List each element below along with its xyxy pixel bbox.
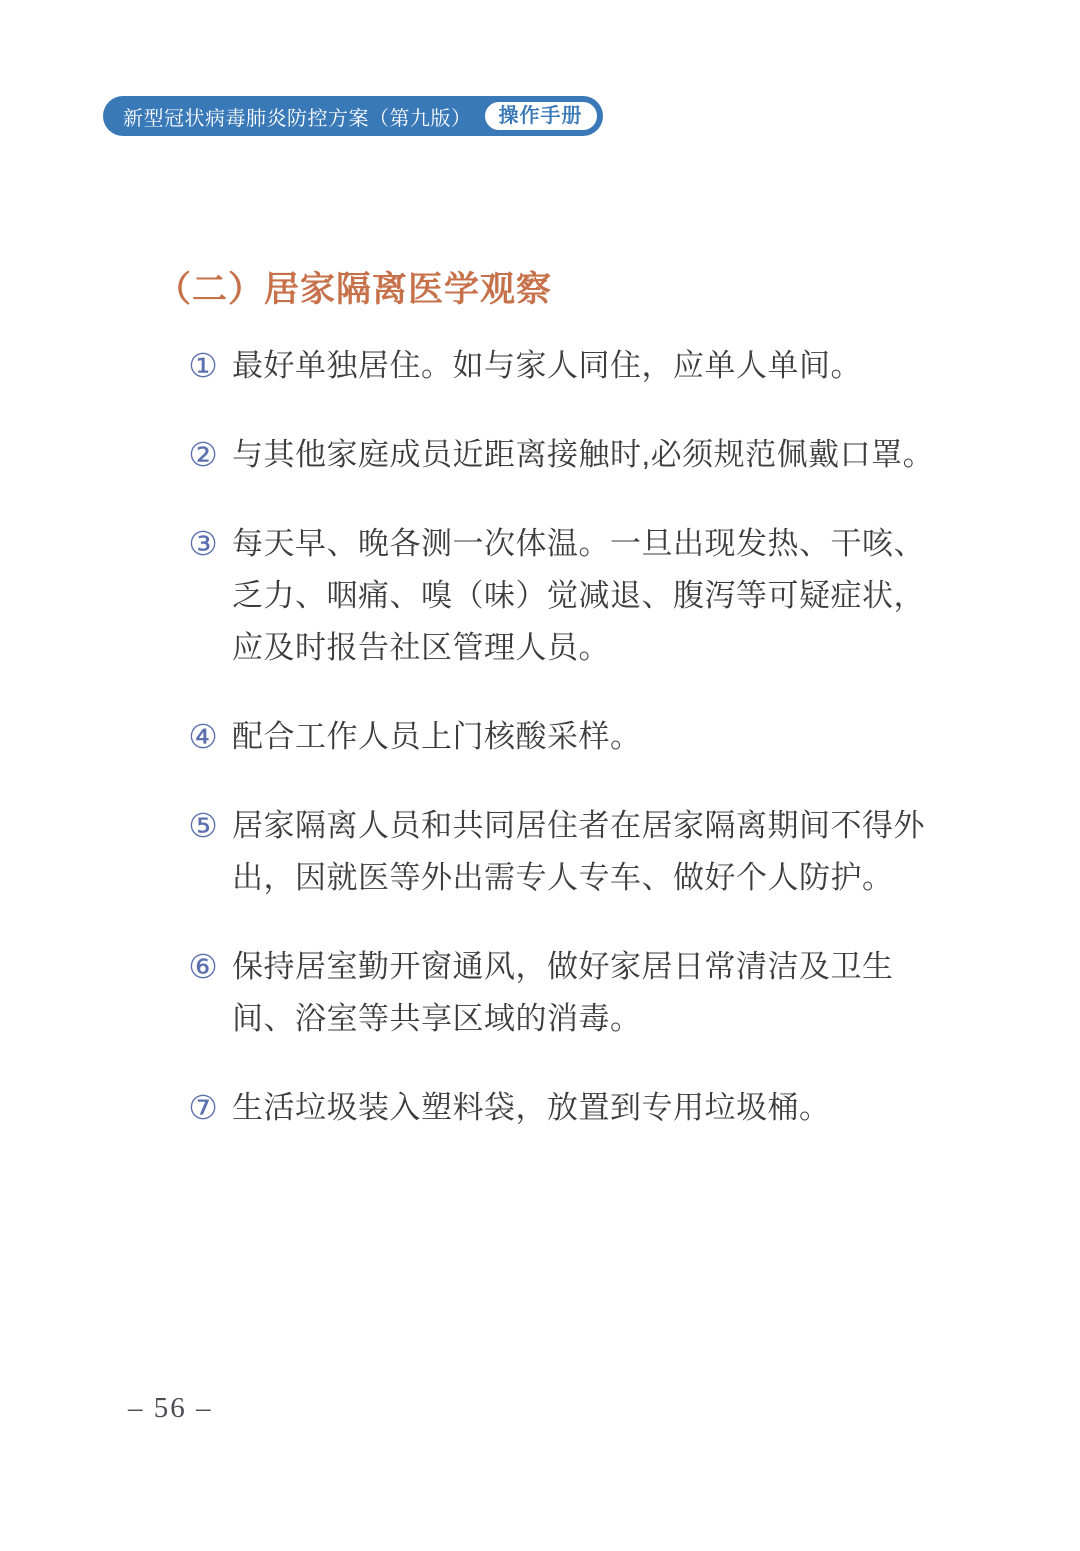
item-number-icon: ④ (186, 711, 220, 763)
item-number-icon: ③ (186, 518, 220, 570)
item-text: 与其他家庭成员近距离接触时,必须规范佩戴口罩。 (232, 429, 944, 481)
page-number: – 56 – (128, 1392, 213, 1425)
item-text: 保持居室勤开窗通风，做好家居日常清洁及卫生间、浴室等共享区域的消毒。 (232, 941, 944, 1045)
document-title: 新型冠状病毒肺炎防控方案（第九版） (123, 102, 472, 131)
item-number-icon: ② (186, 429, 220, 481)
list-item: ⑦ 生活垃圾装入塑料袋，放置到专用垃圾桶。 (186, 1082, 946, 1134)
item-text: 居家隔离人员和共同居住者在居家隔离期间不得外出，因就医等外出需专人专车、做好个人… (232, 800, 944, 904)
item-number-icon: ① (186, 340, 220, 392)
item-text: 每天早、晚各测一次体温。一旦出现发热、干咳、乏力、咽痛、嗅（味）觉减退、腹泻等可… (232, 518, 944, 674)
list-item: ② 与其他家庭成员近距离接触时,必须规范佩戴口罩。 (186, 429, 946, 481)
item-text: 生活垃圾装入塑料袋，放置到专用垃圾桶。 (232, 1082, 944, 1134)
manual-tag-badge: 操作手册 (482, 99, 600, 133)
item-number-icon: ⑤ (186, 800, 220, 852)
list-item: ⑥ 保持居室勤开窗通风，做好家居日常清洁及卫生间、浴室等共享区域的消毒。 (186, 941, 946, 1045)
list-item: ① 最好单独居住。如与家人同住，应单人单间。 (186, 340, 946, 392)
header-badge: 新型冠状病毒肺炎防控方案（第九版） 操作手册 (103, 96, 603, 136)
item-text: 配合工作人员上门核酸采样。 (232, 711, 944, 763)
item-number-icon: ⑥ (186, 941, 220, 993)
item-number-icon: ⑦ (186, 1082, 220, 1134)
list-item: ③ 每天早、晚各测一次体温。一旦出现发热、干咳、乏力、咽痛、嗅（味）觉减退、腹泻… (186, 518, 946, 674)
guideline-list: ① 最好单独居住。如与家人同住，应单人单间。 ② 与其他家庭成员近距离接触时,必… (186, 340, 946, 1171)
section-title: （二）居家隔离医学观察 (156, 262, 552, 312)
item-text: 最好单独居住。如与家人同住，应单人单间。 (232, 340, 944, 392)
list-item: ⑤ 居家隔离人员和共同居住者在居家隔离期间不得外出，因就医等外出需专人专车、做好… (186, 800, 946, 904)
document-page: 新型冠状病毒肺炎防控方案（第九版） 操作手册 （二）居家隔离医学观察 ① 最好单… (0, 0, 1080, 1551)
list-item: ④ 配合工作人员上门核酸采样。 (186, 711, 946, 763)
